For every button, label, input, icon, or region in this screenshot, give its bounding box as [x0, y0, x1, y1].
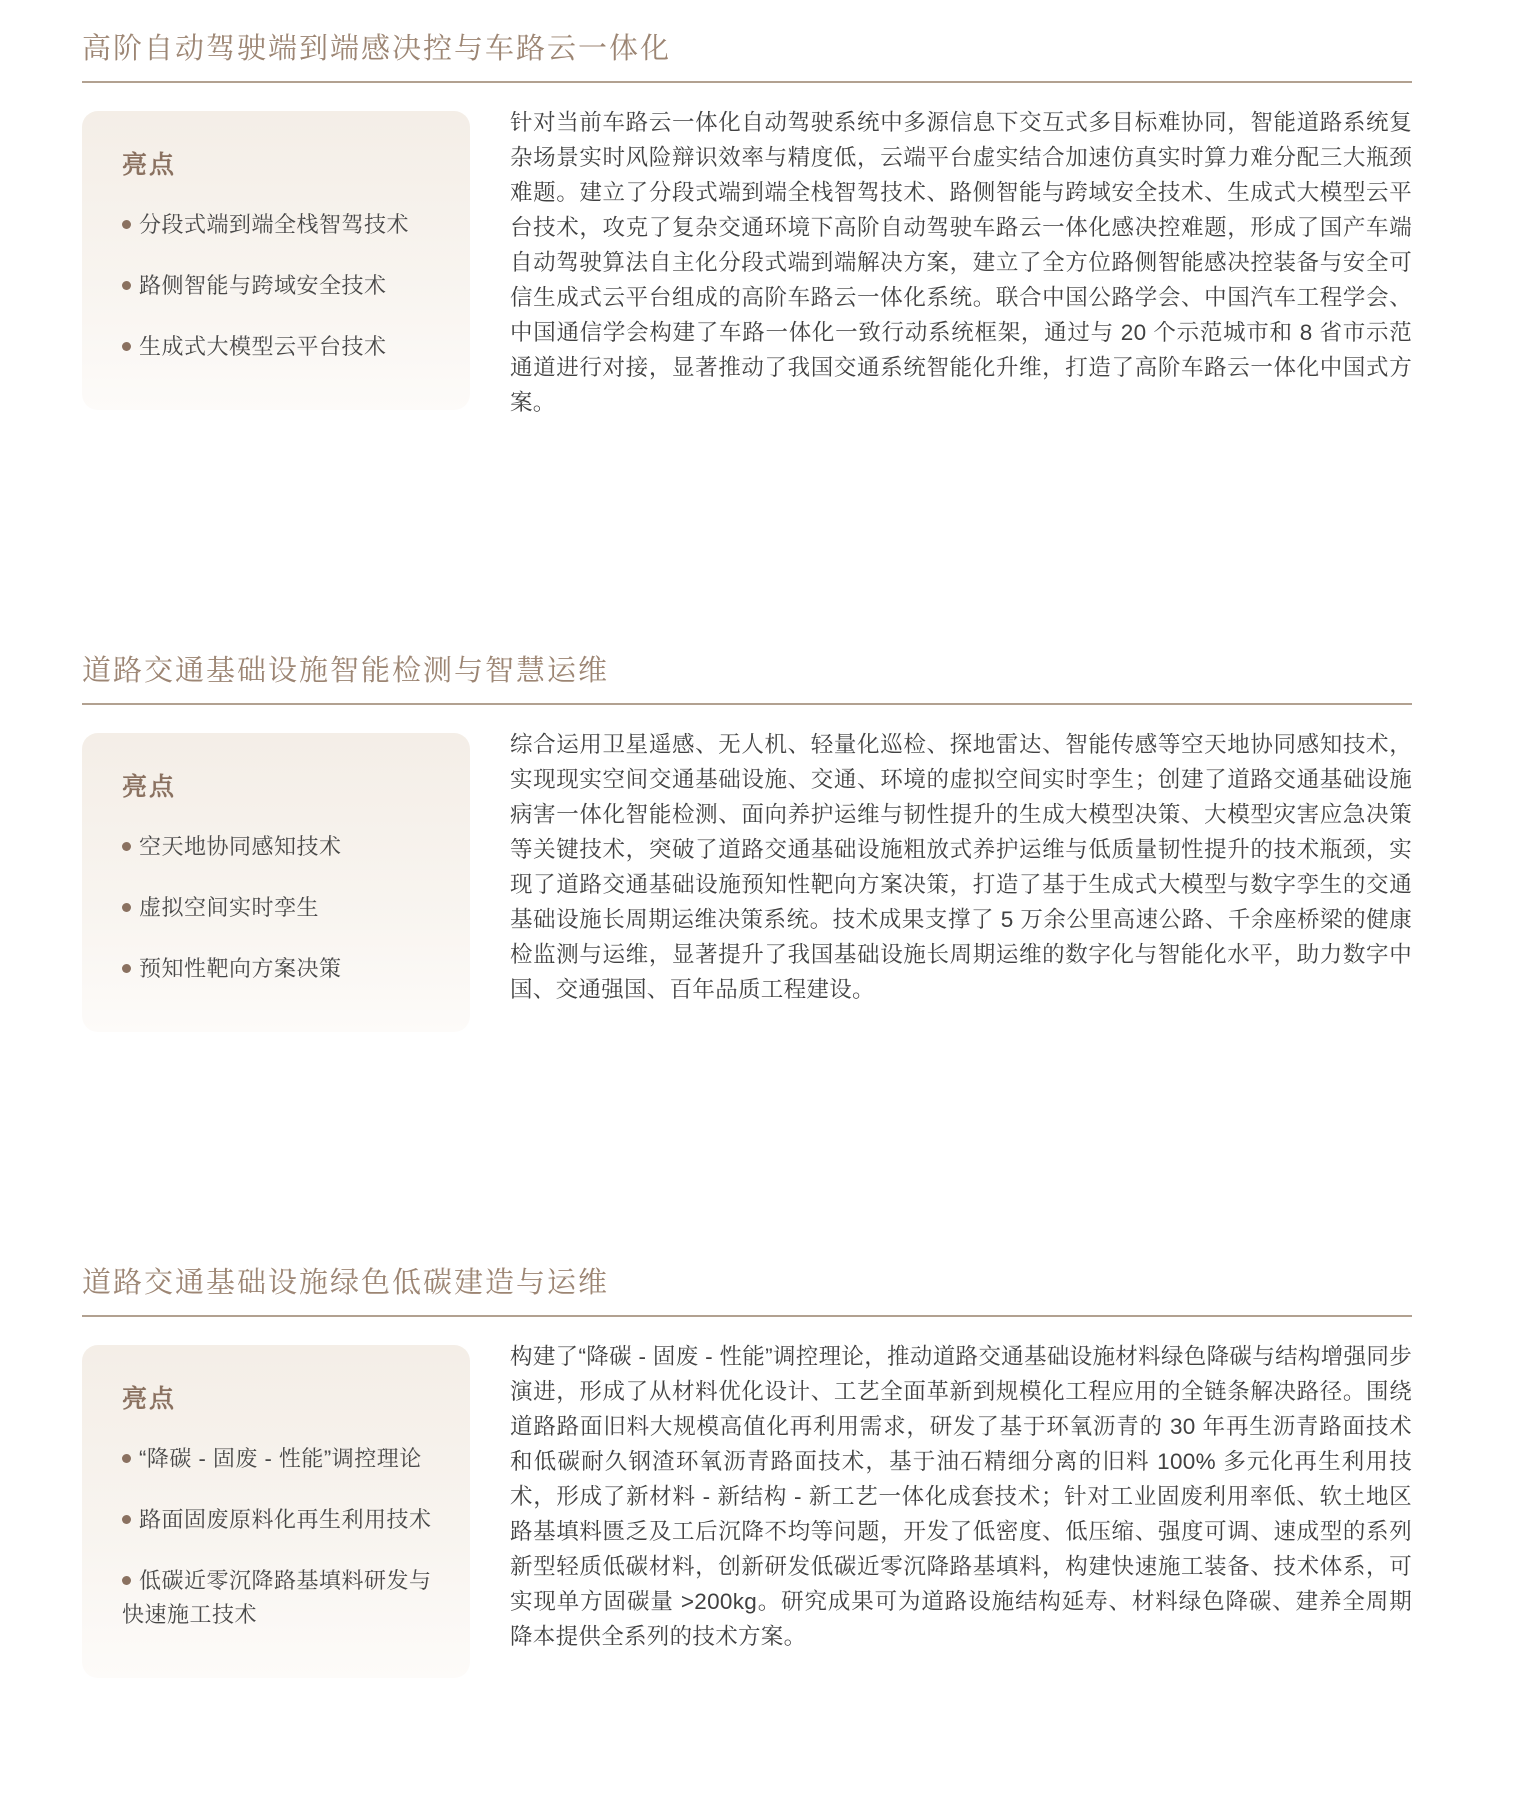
- section-columns: 亮点 分段式端到端全栈智驾技术 路侧智能与跨域安全技术 生成式大模型云平台技术 …: [82, 111, 1412, 420]
- bullet-icon: [122, 220, 131, 229]
- section-paragraph: 针对当前车路云一体化自动驾驶系统中多源信息下交互式多目标难协同，智能道路系统复杂…: [510, 105, 1412, 420]
- highlight-item: 预知性靶向方案决策: [122, 952, 442, 986]
- section-title: 道路交通基础设施绿色低碳建造与运维: [82, 1260, 1412, 1301]
- bullet-icon: [122, 1454, 131, 1463]
- bullet-icon: [122, 1576, 131, 1585]
- highlight-text: 分段式端到端全栈智驾技术: [139, 212, 409, 237]
- highlight-text: “降碳 - 固废 - 性能”调控理论: [139, 1446, 422, 1471]
- section-smart-inspection: 道路交通基础设施智能检测与智慧运维 亮点 空天地协同感知技术 虚拟空间实时孪生 …: [82, 648, 1412, 1032]
- highlight-item: 低碳近零沉降路基填料研发与快速施工技术: [122, 1564, 442, 1632]
- highlights-box: 亮点 空天地协同感知技术 虚拟空间实时孪生 预知性靶向方案决策: [82, 733, 470, 1032]
- section-paragraph: 构建了“降碳 - 固废 - 性能”调控理论，推动道路交通基础设施材料绿色降碳与结…: [510, 1339, 1412, 1654]
- section-divider: [82, 703, 1412, 705]
- highlights-list: 空天地协同感知技术 虚拟空间实时孪生 预知性靶向方案决策: [122, 830, 442, 986]
- section-title: 高阶自动驾驶端到端感决控与车路云一体化: [82, 26, 1412, 67]
- highlight-item: 生成式大模型云平台技术: [122, 330, 442, 364]
- section-divider: [82, 1315, 1412, 1317]
- highlight-text: 虚拟空间实时孪生: [139, 895, 319, 920]
- highlight-text: 生成式大模型云平台技术: [139, 334, 387, 359]
- highlight-item: 虚拟空间实时孪生: [122, 891, 442, 925]
- page-container: 高阶自动驾驶端到端感决控与车路云一体化 亮点 分段式端到端全栈智驾技术 路侧智能…: [0, 0, 1412, 1718]
- highlight-item: 路侧智能与跨域安全技术: [122, 269, 442, 303]
- section-columns: 亮点 “降碳 - 固废 - 性能”调控理论 路面固废原料化再生利用技术 低碳近零…: [82, 1345, 1412, 1678]
- section-title: 道路交通基础设施智能检测与智慧运维: [82, 648, 1412, 689]
- section-paragraph: 综合运用卫星遥感、无人机、轻量化巡检、探地雷达、智能传感等空天地协同感知技术，实…: [510, 727, 1412, 1007]
- highlights-heading: 亮点: [122, 1379, 442, 1415]
- bullet-icon: [122, 964, 131, 973]
- highlight-text: 路侧智能与跨域安全技术: [139, 273, 387, 298]
- section-autonomous-driving: 高阶自动驾驶端到端感决控与车路云一体化 亮点 分段式端到端全栈智驾技术 路侧智能…: [82, 26, 1412, 420]
- highlight-text: 路面固废原料化再生利用技术: [139, 1507, 432, 1532]
- highlight-text: 预知性靶向方案决策: [139, 956, 342, 981]
- section-divider: [82, 81, 1412, 83]
- document-page: { "colors": { "title_accent": "#9c8573",…: [0, 0, 1514, 1805]
- highlights-box: 亮点 “降碳 - 固废 - 性能”调控理论 路面固废原料化再生利用技术 低碳近零…: [82, 1345, 470, 1678]
- section-columns: 亮点 空天地协同感知技术 虚拟空间实时孪生 预知性靶向方案决策 综合运用卫星遥感…: [82, 733, 1412, 1032]
- bullet-icon: [122, 342, 131, 351]
- bullet-icon: [122, 903, 131, 912]
- highlights-heading: 亮点: [122, 767, 442, 803]
- bullet-icon: [122, 1515, 131, 1524]
- highlight-item: 空天地协同感知技术: [122, 830, 442, 864]
- highlight-text: 空天地协同感知技术: [139, 834, 342, 859]
- highlight-item: 分段式端到端全栈智驾技术: [122, 208, 442, 242]
- highlight-text: 低碳近零沉降路基填料研发与快速施工技术: [122, 1568, 432, 1627]
- bullet-icon: [122, 281, 131, 290]
- section-green-lowcarbon: 道路交通基础设施绿色低碳建造与运维 亮点 “降碳 - 固废 - 性能”调控理论 …: [82, 1260, 1412, 1678]
- highlights-list: 分段式端到端全栈智驾技术 路侧智能与跨域安全技术 生成式大模型云平台技术: [122, 208, 442, 364]
- highlight-item: “降碳 - 固废 - 性能”调控理论: [122, 1442, 442, 1476]
- highlights-box: 亮点 分段式端到端全栈智驾技术 路侧智能与跨域安全技术 生成式大模型云平台技术: [82, 111, 470, 410]
- highlights-heading: 亮点: [122, 145, 442, 181]
- highlights-list: “降碳 - 固废 - 性能”调控理论 路面固废原料化再生利用技术 低碳近零沉降路…: [122, 1442, 442, 1632]
- bullet-icon: [122, 842, 131, 851]
- highlight-item: 路面固废原料化再生利用技术: [122, 1503, 442, 1537]
